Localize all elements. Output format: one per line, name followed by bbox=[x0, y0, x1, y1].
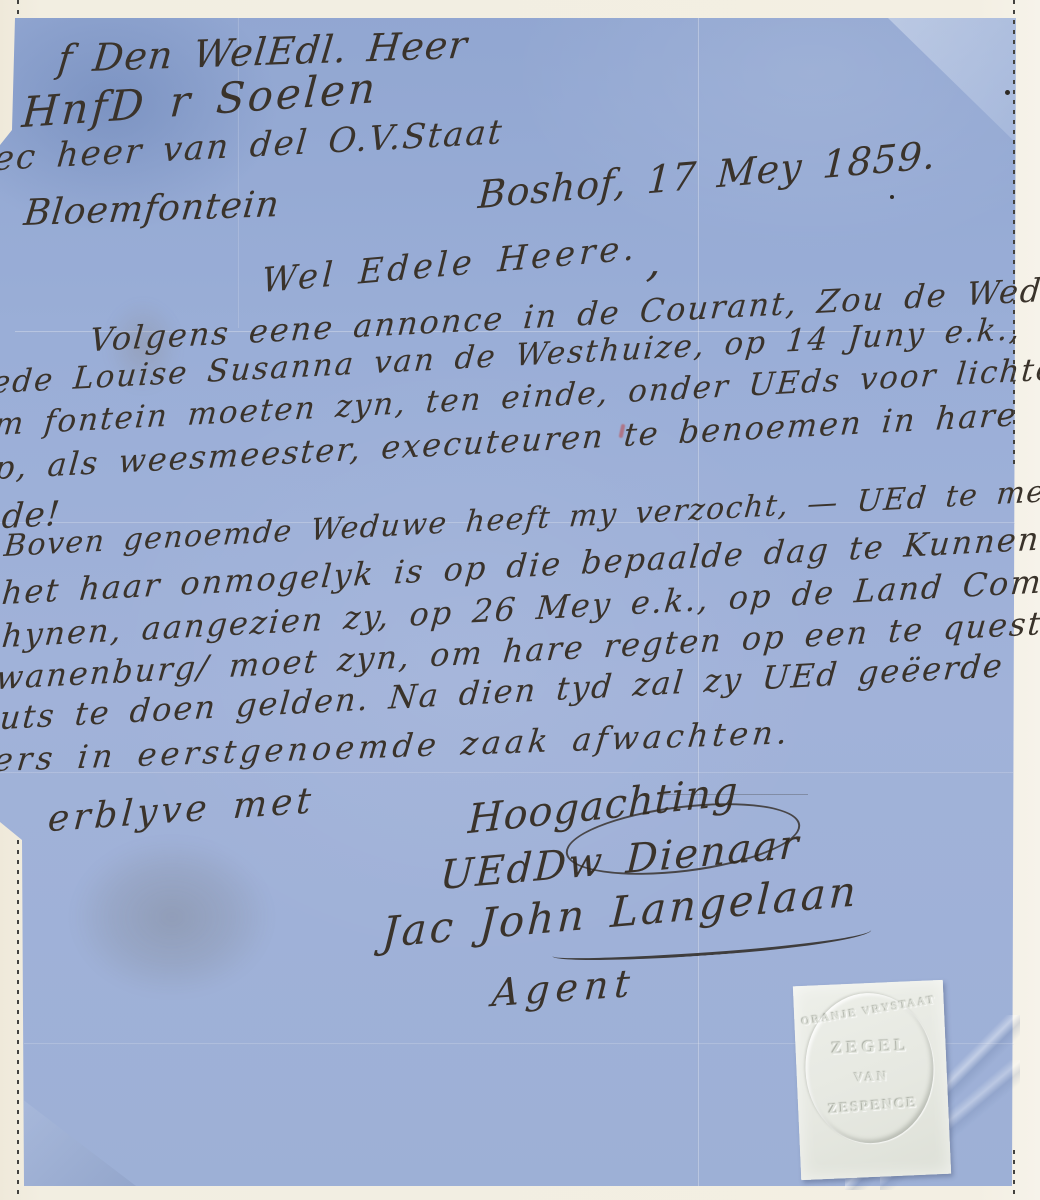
handwritten-line: , bbox=[645, 240, 665, 284]
handwritten-line: Agent bbox=[491, 964, 637, 1012]
handwritten-line: Wel Edele Heere. bbox=[261, 231, 639, 298]
perforation-line-right bbox=[1013, 1150, 1015, 1200]
scanned-letter-page: f Den WelEdl. HeerHnfD r Soelenec heer v… bbox=[0, 0, 1040, 1200]
perforation-line-right bbox=[1013, 0, 1015, 470]
handwritten-line: Bloemfontein bbox=[22, 187, 281, 232]
handwritten-line: Boshof, 17 Mey 1859. bbox=[477, 136, 937, 214]
revenue-stamp: ORANJE VRYSTAAT ZEGEL VAN ZESPENCE bbox=[793, 980, 951, 1180]
handwritten-line: erblyve met bbox=[47, 783, 316, 838]
